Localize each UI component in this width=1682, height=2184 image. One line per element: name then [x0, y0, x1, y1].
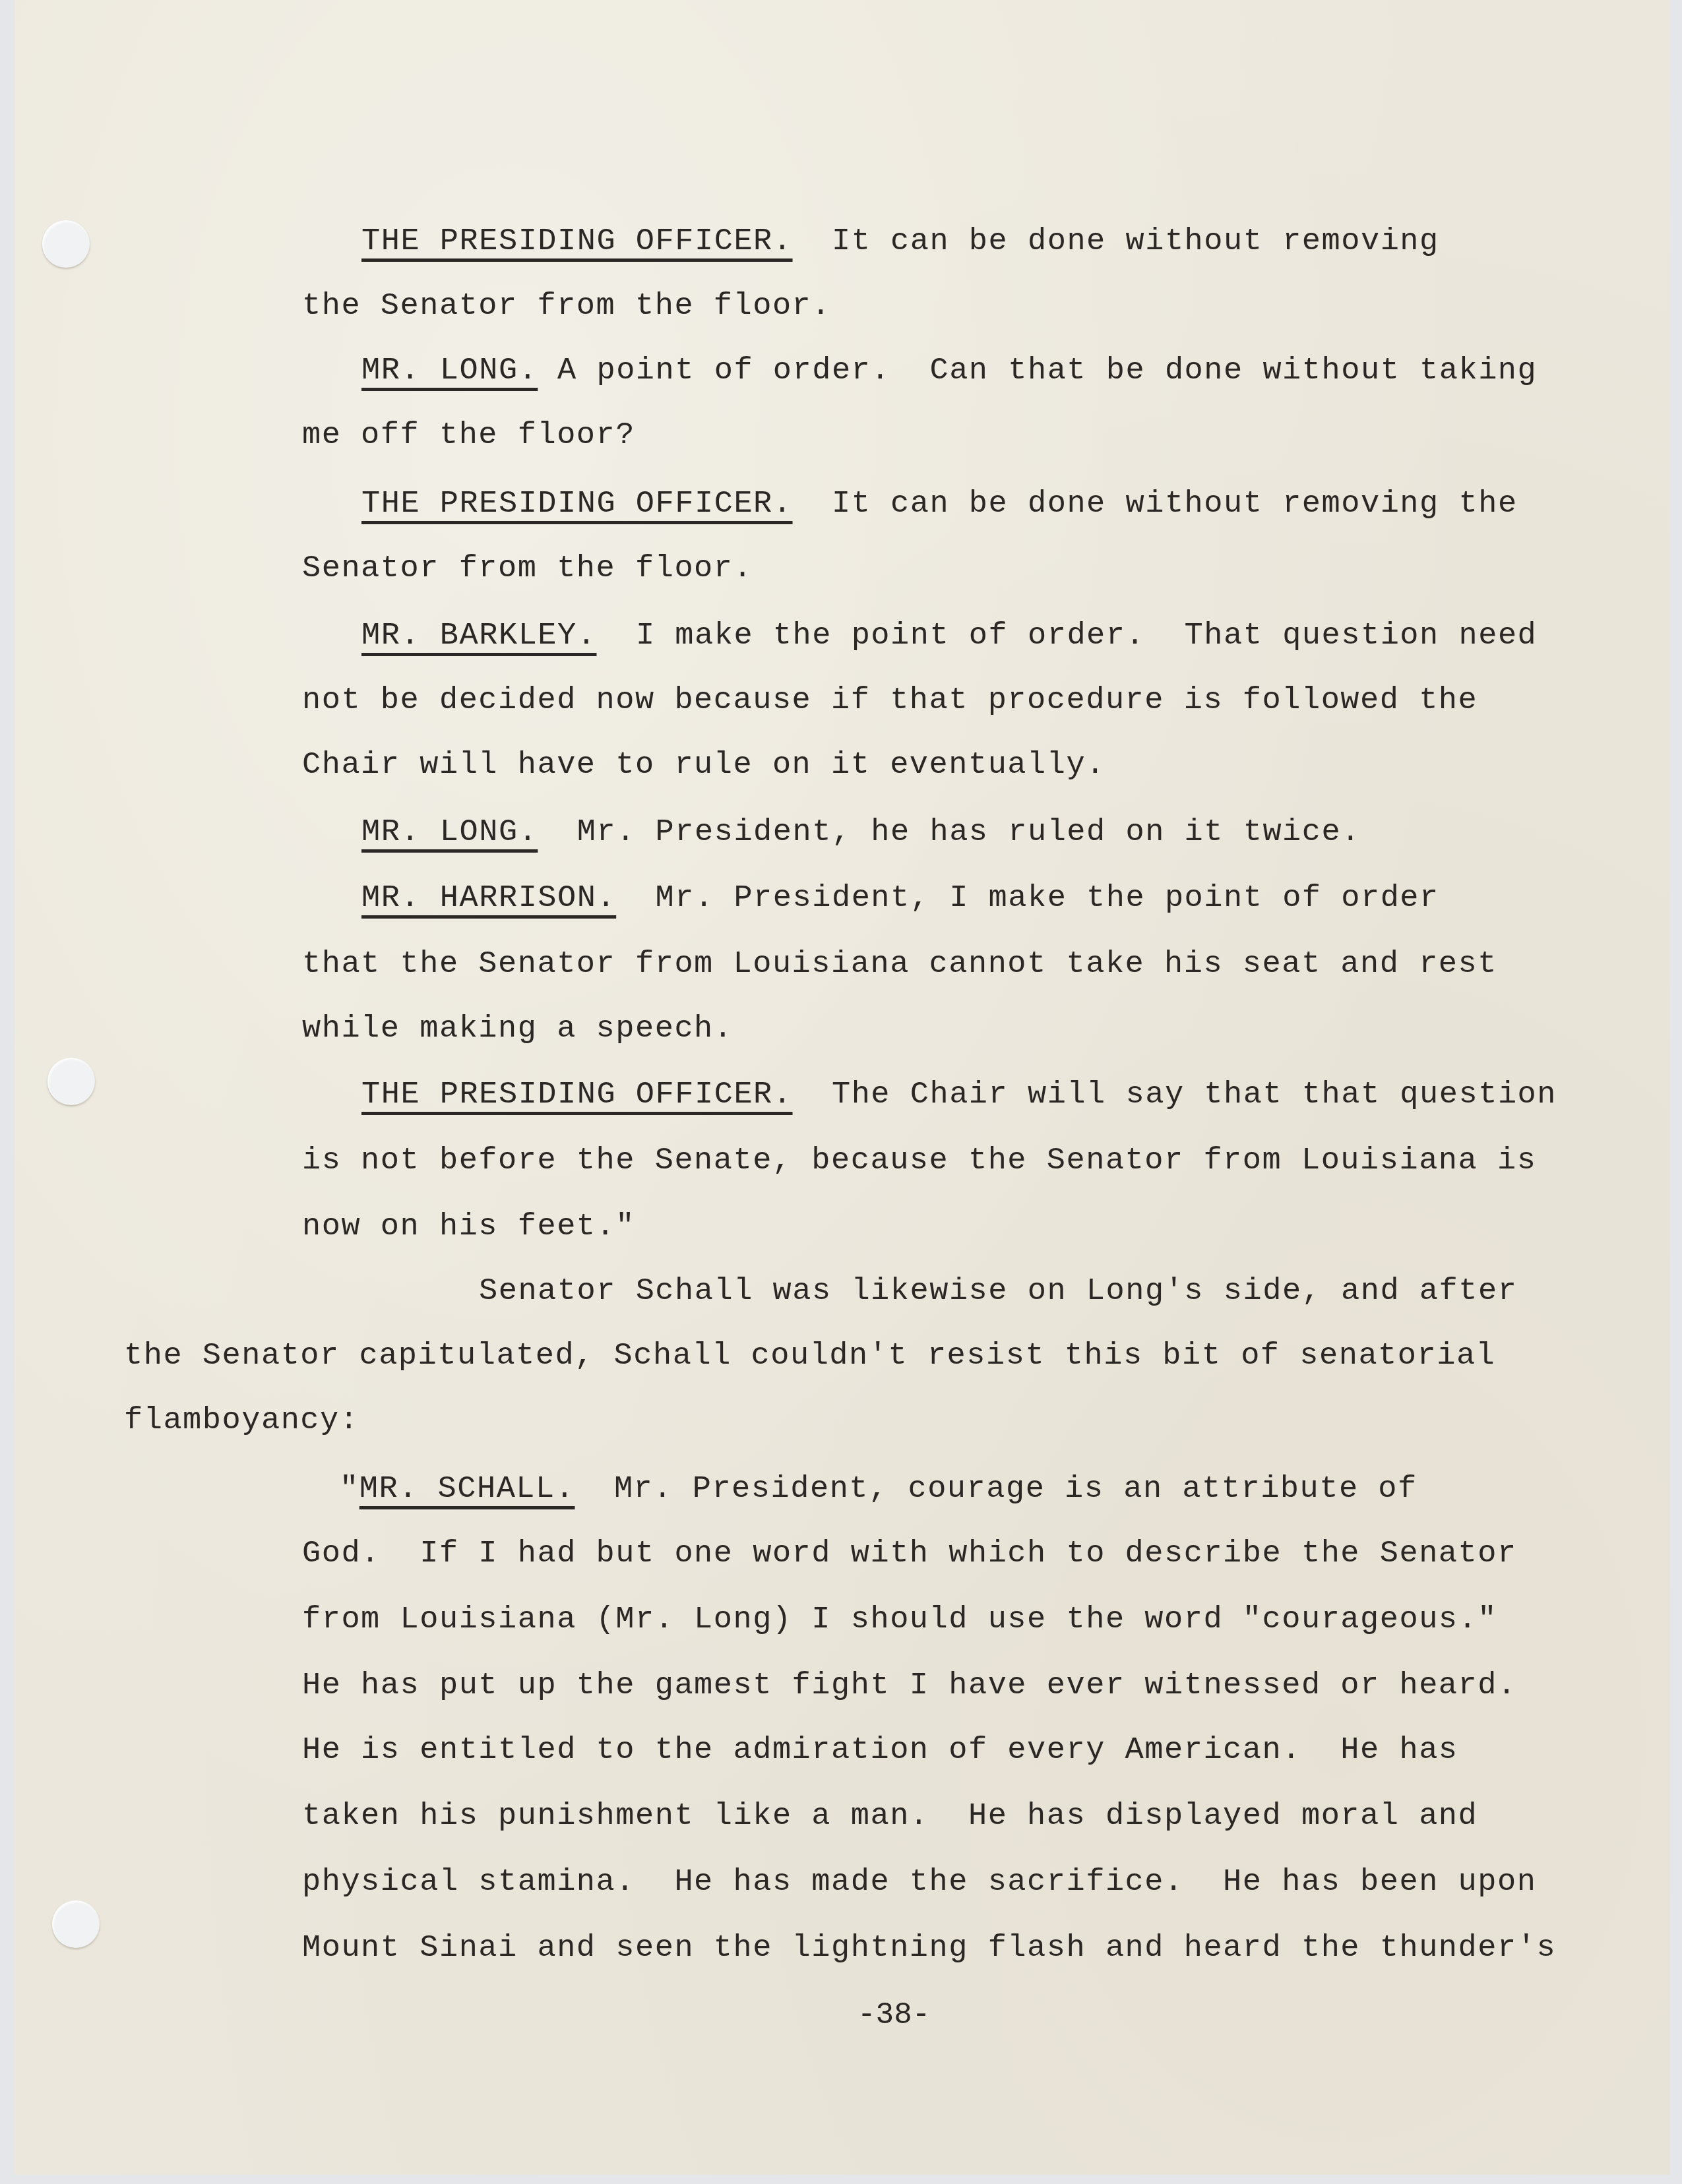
text-line: He has put up the gamest fight I have ev… [302, 1668, 1517, 1703]
punch-hole-top [42, 220, 90, 268]
text-line: Senator from the floor. [302, 551, 753, 586]
text-line: not be decided now because if that proce… [302, 683, 1478, 718]
text-line: MR. BARKLEY. I make the point of order. … [361, 619, 1537, 653]
speaker-label: MR. SCHALL. [359, 1472, 575, 1507]
text-line: MR. LONG. Mr. President, he has ruled on… [361, 815, 1361, 850]
line-text: A point of order. Can that be done witho… [538, 353, 1537, 388]
text-line: MR. LONG. A point of order. Can that be … [361, 353, 1537, 388]
text-line: God. If I had but one word with which to… [302, 1536, 1517, 1571]
line-text: The Chair will say that that question [793, 1077, 1557, 1112]
text-line: taken his punishment like a man. He has … [302, 1799, 1478, 1834]
text-line: Senator Schall was likewise on Long's si… [479, 1274, 1517, 1309]
line-text: It can be done without removing the [793, 487, 1518, 522]
punch-hole-bottom [52, 1900, 100, 1948]
text-line: flamboyancy: [124, 1403, 359, 1438]
text-line: the Senator from the floor. [302, 289, 831, 324]
speaker-label: MR. BARKLEY. [361, 619, 596, 653]
line-text: It can be done without removing [793, 224, 1439, 259]
text-line: MR. HARRISON. Mr. President, I make the … [361, 881, 1439, 916]
text-line: that the Senator from Louisiana cannot t… [302, 947, 1497, 982]
speaker-label: THE PRESIDING OFFICER. [361, 1077, 793, 1112]
open-quote: " [340, 1472, 359, 1507]
text-line: now on his feet." [302, 1209, 635, 1244]
speaker-label: MR. LONG. [361, 353, 538, 388]
text-line: me off the floor? [302, 418, 635, 453]
line-text: I make the point of order. That question… [596, 619, 1537, 653]
text-line: "MR. SCHALL. Mr. President, courage is a… [340, 1472, 1417, 1507]
text-line: THE PRESIDING OFFICER. The Chair will sa… [361, 1077, 1557, 1112]
text-line: the Senator capitulated, Schall couldn't… [124, 1339, 1495, 1374]
text-line: He is entitled to the admiration of ever… [302, 1733, 1458, 1768]
text-line: THE PRESIDING OFFICER. It can be done wi… [361, 224, 1439, 259]
text-line: Chair will have to rule on it eventually… [302, 748, 1106, 783]
text-line: is not before the Senate, because the Se… [302, 1143, 1536, 1178]
line-text: Mr. President, he has ruled on it twice. [538, 815, 1361, 850]
speaker-label: THE PRESIDING OFFICER. [361, 224, 793, 259]
speaker-label: THE PRESIDING OFFICER. [361, 487, 793, 522]
line-text: Mr. President, courage is an attribute o… [575, 1472, 1417, 1507]
text-line: Mount Sinai and seen the lightning flash… [302, 1931, 1556, 1966]
speaker-label: MR. HARRISON. [361, 881, 616, 916]
speaker-label: MR. LONG. [361, 815, 538, 850]
text-line: from Louisiana (Mr. Long) I should use t… [302, 1602, 1497, 1637]
text-line: physical stamina. He has made the sacrif… [302, 1865, 1536, 1900]
text-line: THE PRESIDING OFFICER. It can be done wi… [361, 487, 1518, 522]
page-number: -38- [857, 1998, 930, 2032]
text-line: while making a speech. [302, 1012, 733, 1046]
line-text: Mr. President, I make the point of order [616, 881, 1439, 916]
punch-hole-middle [47, 1058, 95, 1105]
